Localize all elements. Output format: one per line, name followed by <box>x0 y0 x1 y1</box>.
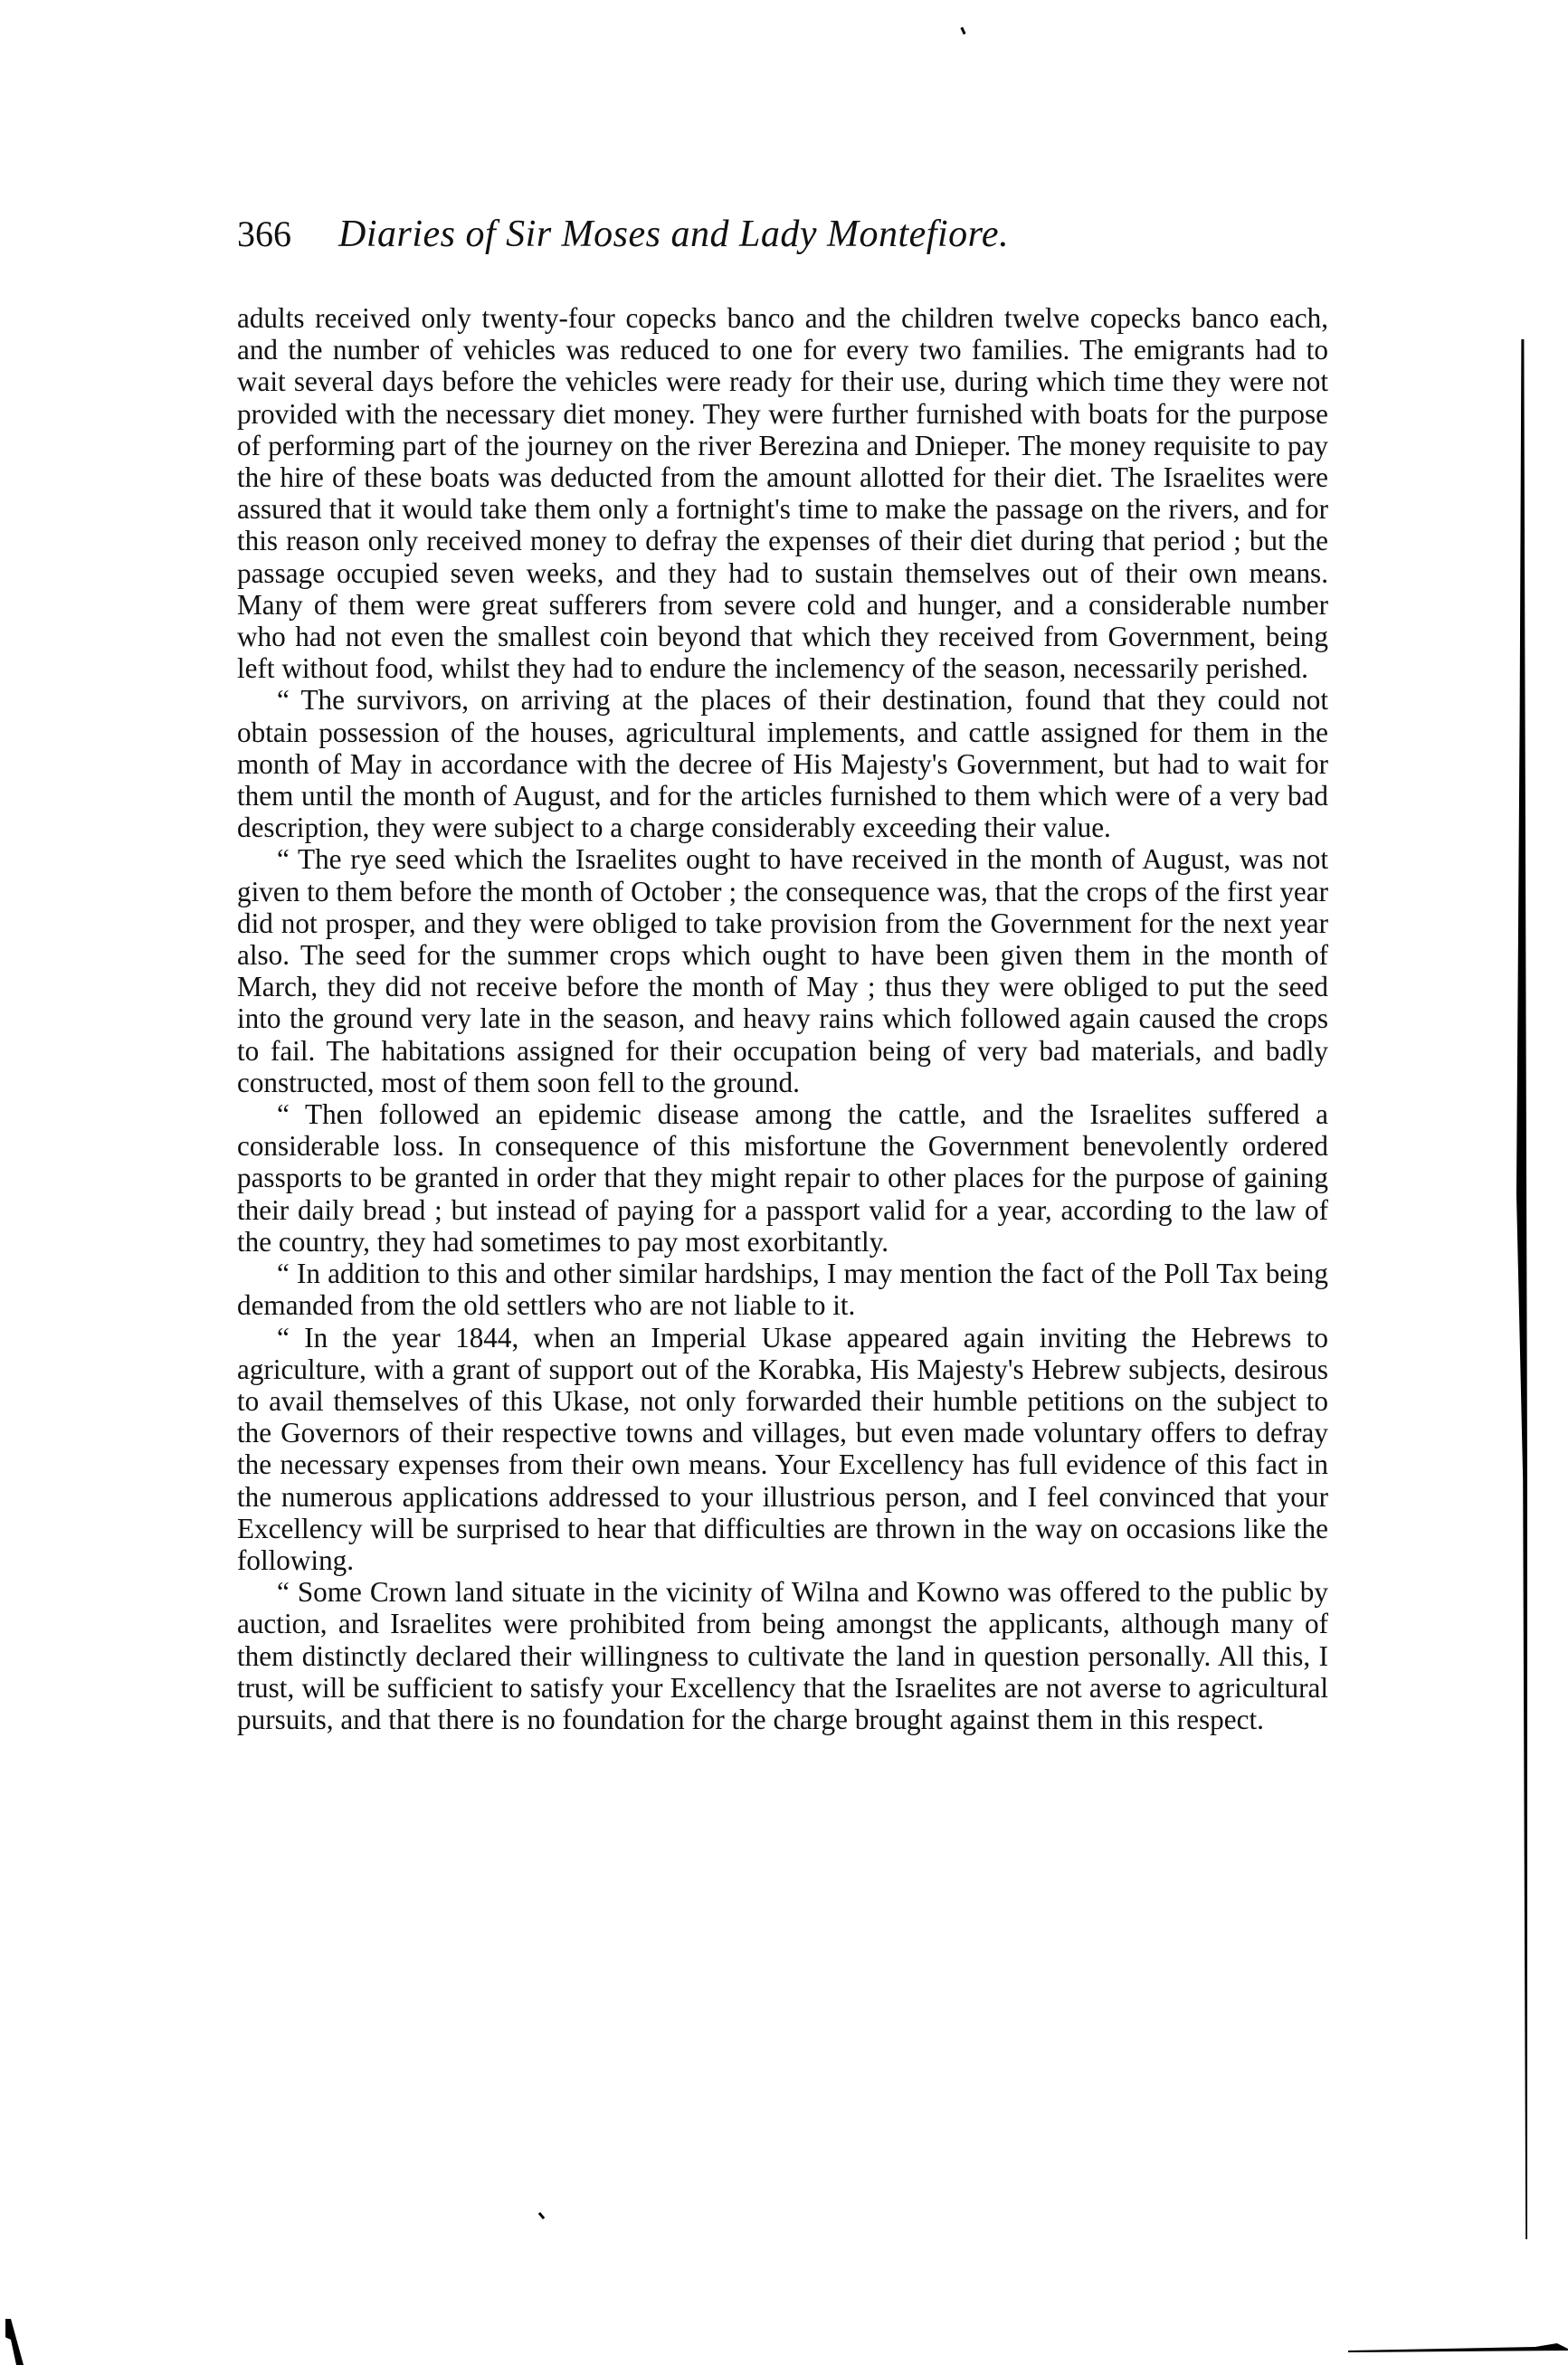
running-title: Diaries of Sir Moses and Lady Montefiore… <box>338 210 1009 259</box>
scan-speck <box>960 27 965 35</box>
page-number: 366 <box>237 210 291 259</box>
body-text: adults received only twenty-four copecks… <box>237 302 1328 1735</box>
paragraph: “ The survivors, on arriving at the plac… <box>237 684 1328 843</box>
scan-corner-bottom-left <box>5 2319 24 2365</box>
scan-page-edge-right <box>1516 339 1527 2239</box>
page-header: 366 Diaries of Sir Moses and Lady Montef… <box>237 210 1413 264</box>
paragraph: “ The rye seed which the Israelites ough… <box>237 843 1328 1098</box>
paragraph: “ In the year 1844, when an Imperial Uka… <box>237 1322 1328 1577</box>
scan-speck <box>538 2212 545 2219</box>
paragraph: adults received only twenty-four copecks… <box>237 302 1328 684</box>
scan-edge-bottom-right <box>1348 2343 1568 2352</box>
paragraph: “ In addition to this and other similar … <box>237 1258 1328 1321</box>
paragraph: “ Some Crown land situate in the vicinit… <box>237 1576 1328 1735</box>
paragraph: “ Then followed an epidemic disease amon… <box>237 1098 1328 1258</box>
